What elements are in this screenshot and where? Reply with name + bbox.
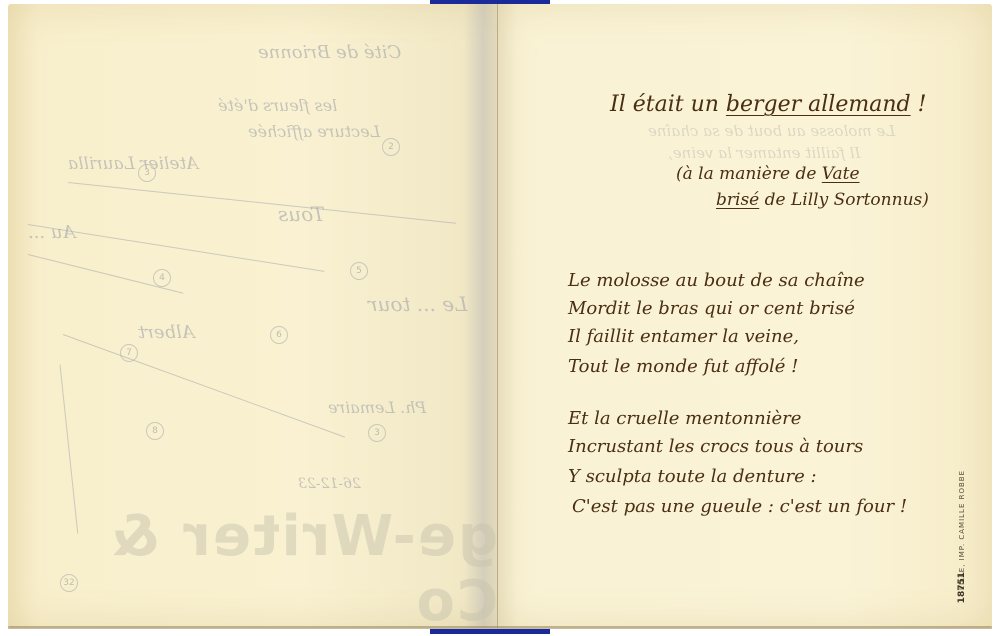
poem-title: Il était un berger allemand !: [610, 92, 926, 117]
subtitle-underlined: brisé: [716, 190, 759, 210]
verse-line: Incrustant les crocs tous à tours: [568, 436, 863, 457]
subtitle-underlined: Vate: [822, 164, 860, 184]
circled-number: 7: [120, 344, 138, 362]
ghost-note: Ph. Lemaire: [328, 398, 426, 417]
ghost-note: Atelier Laurilla: [68, 154, 198, 174]
pencil-stroke: [68, 182, 456, 224]
verse-line: Y sculpta toute la denture :: [568, 466, 817, 487]
circled-number: 3: [138, 164, 156, 182]
circled-number: 4: [153, 269, 171, 287]
title-prefix: Il était un: [610, 92, 726, 117]
printer-number: 18751: [957, 572, 967, 603]
ghost-note: Cité de Brionne: [258, 42, 401, 63]
circled-number: 6: [270, 326, 288, 344]
bleed-through-text: Le molosse au bout de sa chaîne: [648, 122, 895, 140]
circled-number: 2: [382, 138, 400, 156]
title-underlined: berger allemand: [726, 92, 911, 117]
subtitle-text: (à la manière de: [676, 164, 822, 184]
ghost-note: Lecture affichée: [248, 122, 380, 141]
ghost-print-mirrored: ge-Writer & Co: [48, 504, 498, 634]
right-page: Le molosse au bout de sa chaîne Il faill…: [498, 4, 992, 628]
ghost-note: les fleurs d'été: [218, 96, 337, 115]
left-page: Cité de Brionne les fleurs d'été Lecture…: [8, 4, 498, 628]
verse-line: Mordit le bras qui or cent brisé: [568, 298, 855, 319]
verse-line: Le molosse au bout de sa chaîne: [568, 270, 865, 291]
circled-number: 5: [350, 262, 368, 280]
pencil-stroke: [63, 334, 345, 438]
circled-number: 8: [146, 422, 164, 440]
verse-line: C'est pas une gueule : c'est un four !: [572, 496, 907, 517]
title-suffix: !: [911, 92, 927, 117]
ghost-date: 26-12-23: [298, 476, 361, 492]
ghost-note: Albert: [138, 322, 195, 343]
manuscript-spread: Cité de Brionne les fleurs d'été Lecture…: [0, 0, 1002, 636]
ghost-note: Le ... tour: [368, 292, 467, 316]
verse-line: Il faillit entamer la veine,: [568, 326, 799, 347]
circled-number: 32: [60, 574, 78, 592]
poem-subtitle-line-2: brisé de Lilly Sortonnus): [716, 190, 929, 210]
binding-thread-bottom: [430, 629, 550, 634]
subtitle-text: de Lilly Sortonnus): [759, 190, 929, 210]
verse-line: Et la cruelle mentonnière: [568, 408, 801, 429]
verse-line: Tout le monde fut affolé !: [568, 356, 798, 377]
circled-number: 3: [368, 424, 386, 442]
bleed-through-text: Il faillit entamer la veine,: [668, 144, 860, 162]
poem-subtitle-line-1: (à la manière de Vate: [676, 164, 860, 184]
